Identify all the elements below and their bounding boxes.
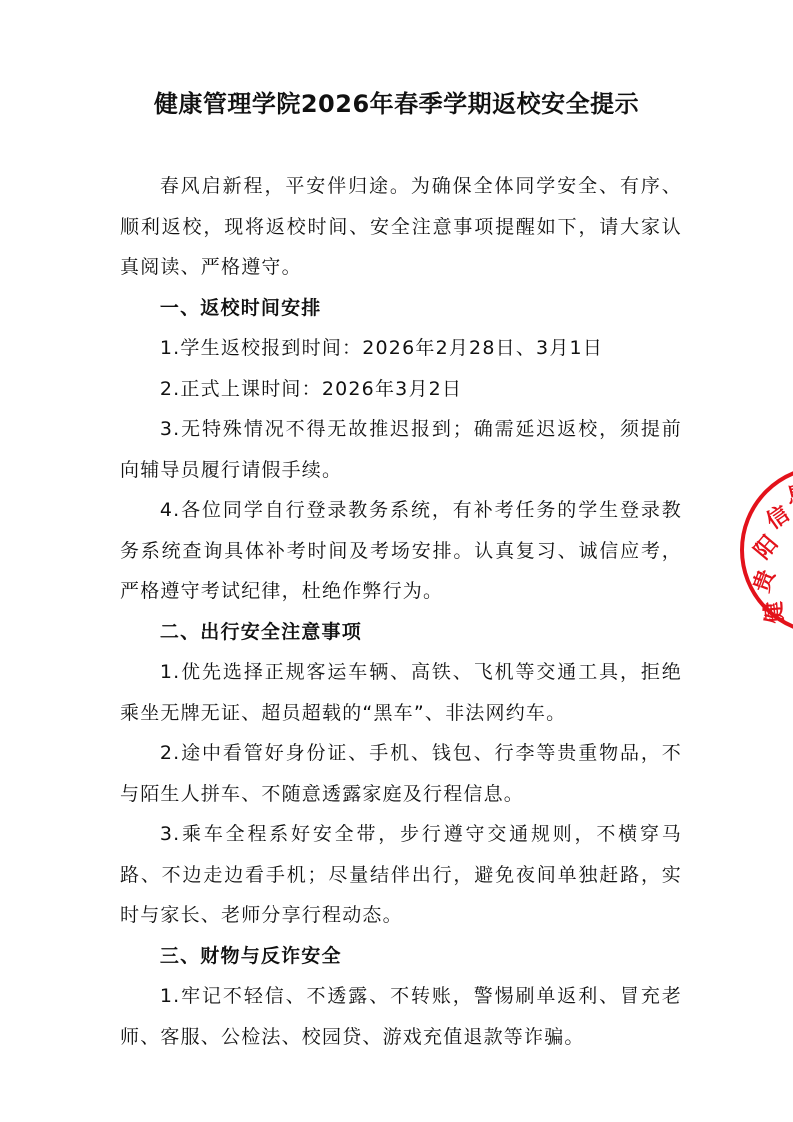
list-item: 1.学生返校报到时间：2026年2月28日、3月1日 bbox=[120, 328, 682, 369]
section-heading-anti-fraud: 三、财物与反诈安全 bbox=[120, 936, 682, 977]
section-heading-return-schedule: 一、返校时间安排 bbox=[120, 288, 682, 329]
official-seal: 贵 阳 信 息 健 bbox=[740, 465, 793, 635]
list-item: 2.正式上课时间：2026年3月2日 bbox=[120, 369, 682, 410]
list-item: 2.途中看管好身份证、手机、钱包、行李等贵重物品，不与陌生人拼车、不随意透露家庭… bbox=[120, 733, 682, 814]
list-item: 4.各位同学自行登录教务系统，有补考任务的学生登录教务系统查询具体补考时间及考场… bbox=[120, 490, 682, 612]
document-body: 春风启新程，平安伴归途。为确保全体同学安全、有序、顺利返校，现将返校时间、安全注… bbox=[120, 166, 682, 1057]
list-item: 1.牢记不轻信、不透露、不转账，警惕刷单返利、冒充老师、客服、公检法、校园贷、游… bbox=[120, 976, 682, 1057]
list-item: 1.优先选择正规客运车辆、高铁、飞机等交通工具，拒绝乘坐无牌无证、超员超载的“黑… bbox=[120, 652, 682, 733]
list-item: 3.无特殊情况不得无故推迟报到；确需延迟返校，须提前向辅导员履行请假手续。 bbox=[120, 409, 682, 490]
intro-paragraph: 春风启新程，平安伴归途。为确保全体同学安全、有序、顺利返校，现将返校时间、安全注… bbox=[120, 166, 682, 288]
section-heading-travel-safety: 二、出行安全注意事项 bbox=[120, 612, 682, 653]
seal-char: 健 bbox=[757, 600, 790, 625]
document-title: 健康管理学院2026年春季学期返校安全提示 bbox=[0, 84, 793, 119]
document-page: 健康管理学院2026年春季学期返校安全提示 春风启新程，平安伴归途。为确保全体同… bbox=[0, 0, 793, 1122]
seal-char: 贵 bbox=[745, 565, 782, 596]
list-item: 3.乘车全程系好安全带，步行遵守交通规则，不横穿马路、不边走边看手机；尽量结伴出… bbox=[120, 814, 682, 936]
seal-char: 息 bbox=[782, 475, 793, 511]
